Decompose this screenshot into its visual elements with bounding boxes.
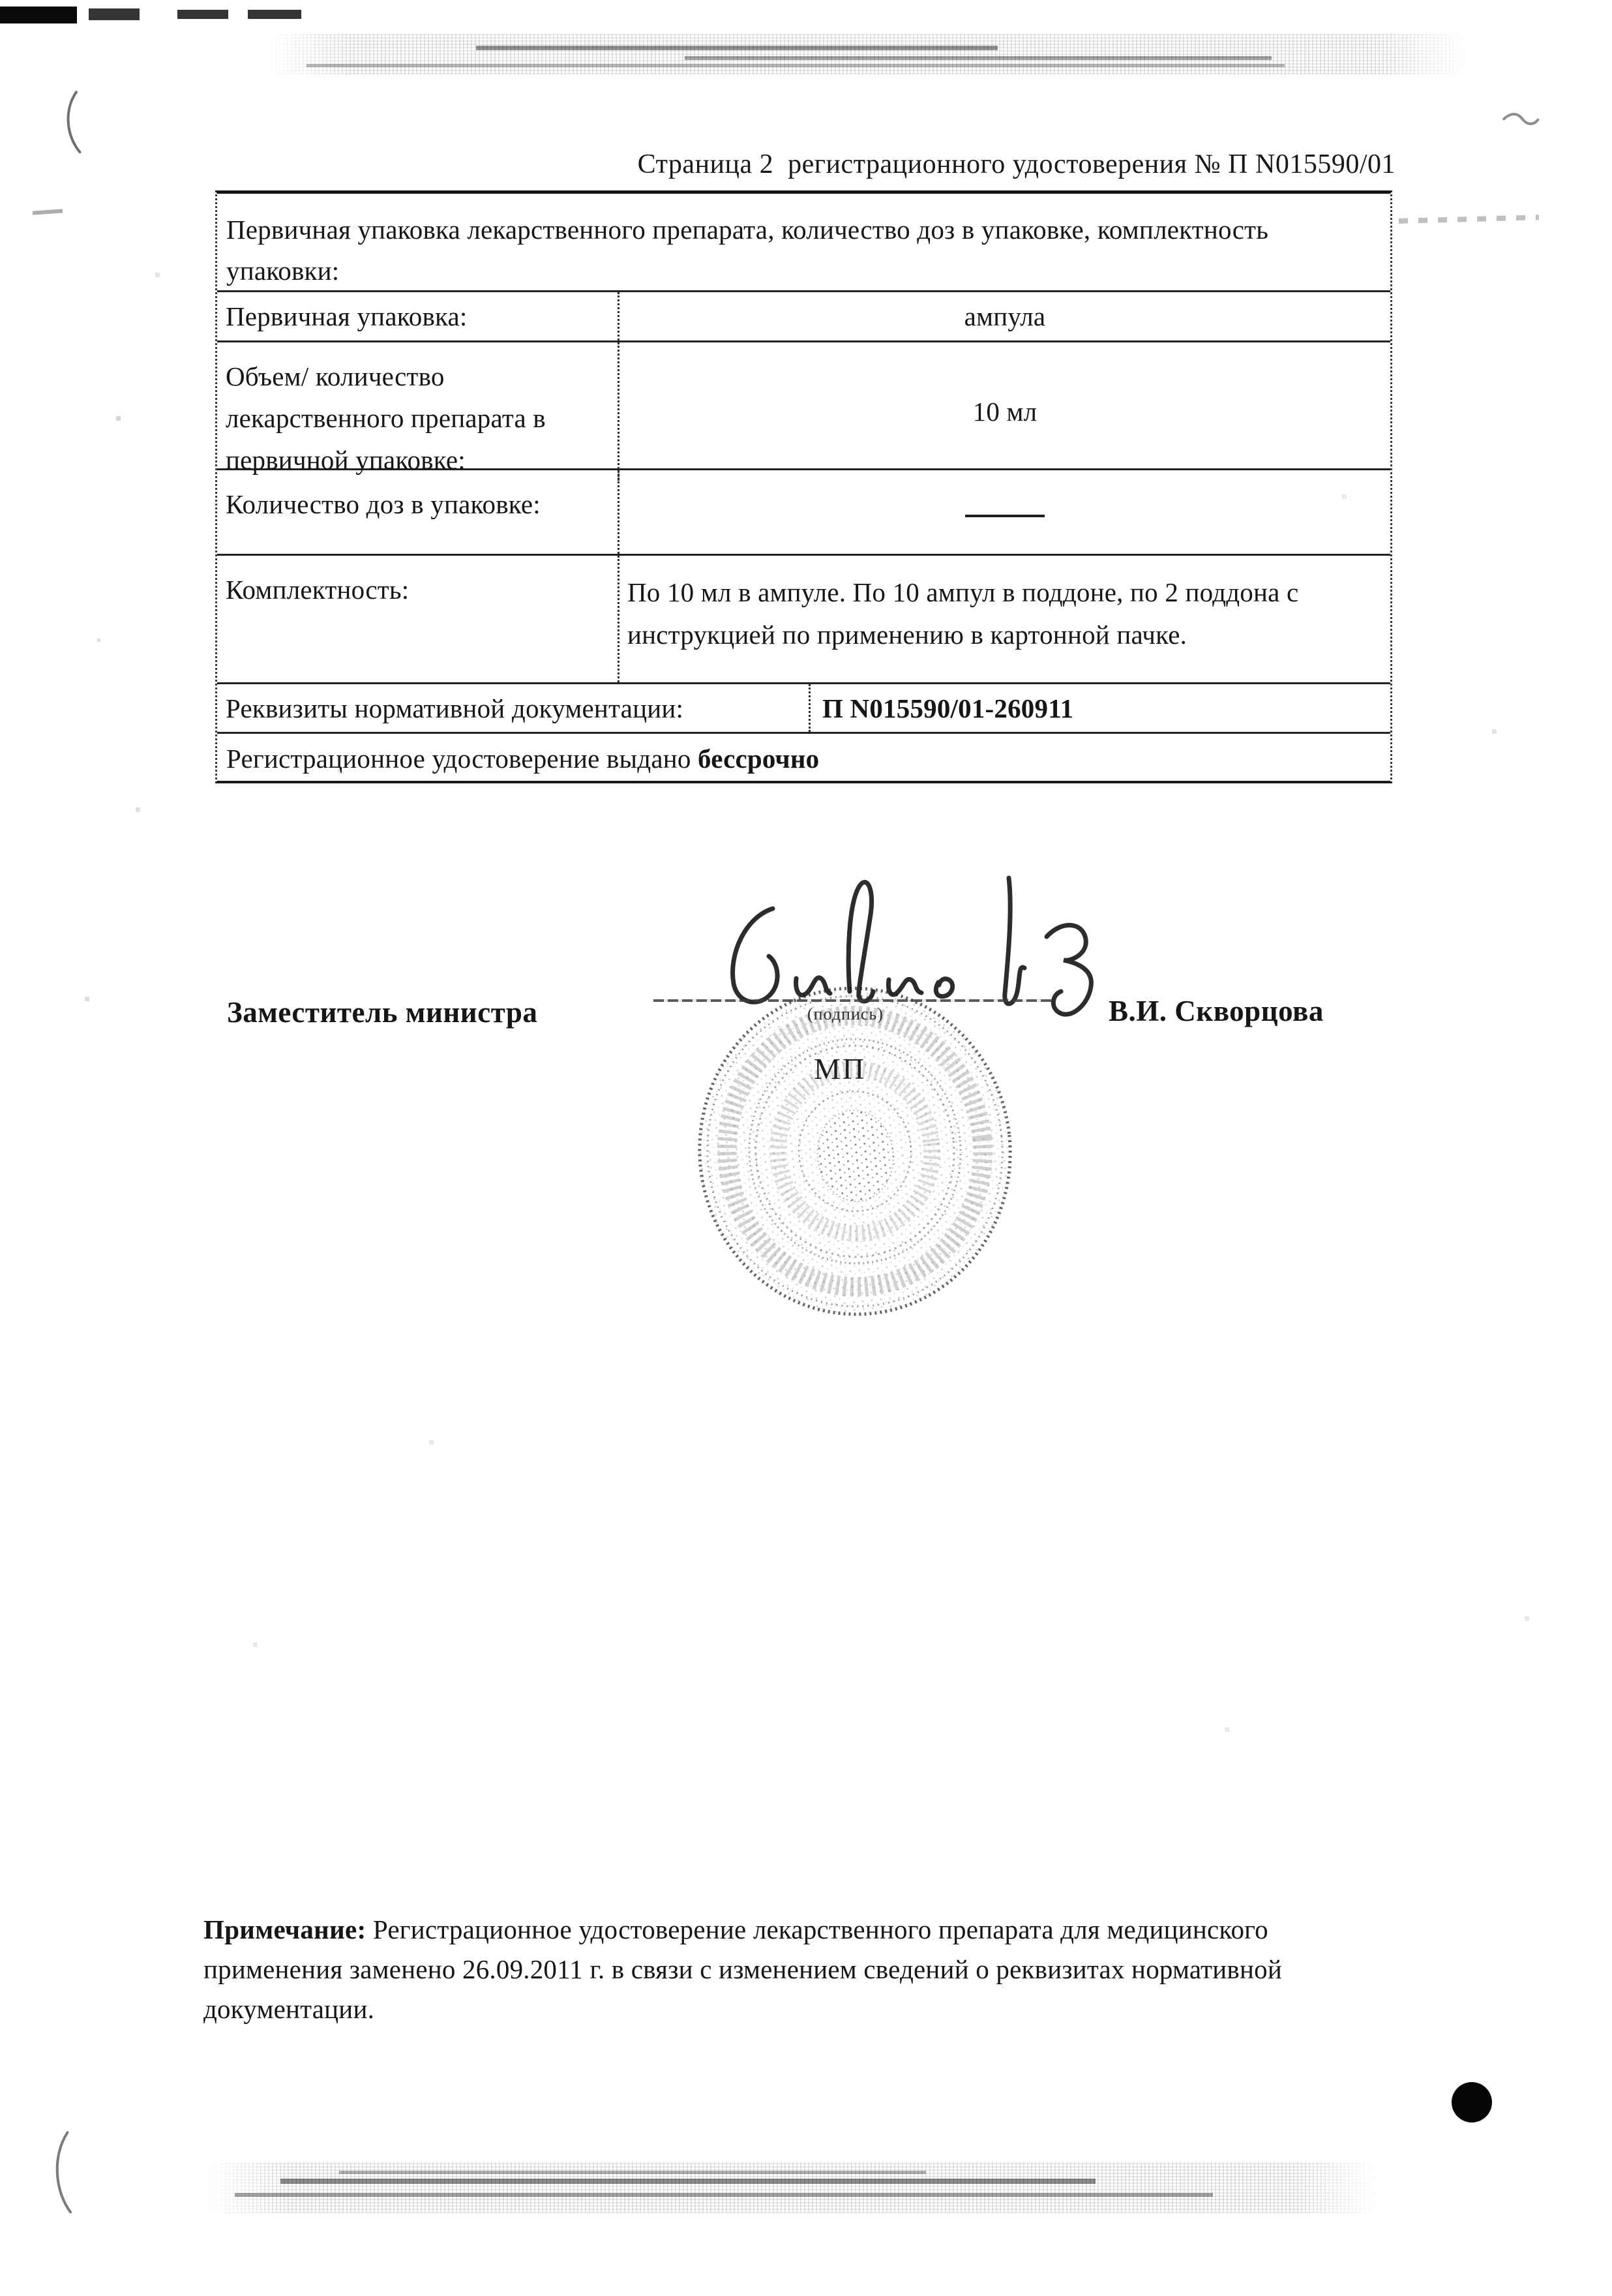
note-block: Примечание: Регистрационное удостоверени… [203,1910,1514,2029]
row-label: Реквизиты нормативной документации: [217,684,811,732]
table-row: Комплектность: По 10 мл в ампуле. По 10 … [217,554,1390,682]
note-text: Регистрационное удостоверение лекарствен… [366,1914,1268,1944]
row-label: Комплектность: [217,556,619,682]
signer-name: В.И. Скворцова [1109,994,1324,1028]
empty-value-dash [965,515,1045,517]
scanner-streak [339,2171,926,2174]
row-value: 10 мл [619,342,1390,481]
pen-paren-mark [45,2130,80,2220]
signature-caption: (подпись) [807,1004,884,1024]
row-value: ампула [619,292,1390,340]
signer-position-label: Заместитель министра [227,995,537,1029]
pen-dash-mark [33,209,63,215]
page-title: Страница 2 регистрационного удостоверени… [215,149,1396,180]
table-row: Количество доз в упаковке: [217,468,1390,554]
row-label: Первичная упаковка: [217,292,619,340]
scanner-black-bar [0,7,77,23]
row-value-empty [619,470,1390,554]
row-value: П N015590/01-260911 [811,684,1390,732]
scanner-noise-band-bottom [205,2162,1379,2213]
scanner-streak [235,2193,1213,2197]
note-label: Примечание: [203,1914,366,1944]
scanner-specks [0,0,2,2]
table-row: Объем/ количество лекарственного препара… [217,340,1390,468]
scanner-bar-dash [177,10,228,19]
note-line: документации. [203,1989,1514,2029]
table-row: Реквизиты нормативной документации: П N0… [217,682,1390,732]
row-label: Объем/ количество лекарственного препара… [217,342,619,481]
black-dot-mark [1452,2082,1492,2122]
footer-text: Регистрационное удостоверение выдано [226,744,698,774]
row-label: Количество доз в упаковке: [217,470,619,554]
scanner-streak [306,64,1285,67]
scanned-document-page: Страница 2 регистрационного удостоверени… [0,0,1612,2296]
pen-tilde-mark [1500,107,1542,135]
scanner-streak [685,56,1272,60]
table-header-text: Первичная упаковка лекарственного препар… [226,215,1268,286]
note-line: применения заменено 26.09.2011 г. в связ… [203,1950,1514,1989]
handwritten-signature [714,860,1118,1039]
signature-line [653,999,1052,1002]
scanner-bar-dash [248,10,301,19]
scanner-noise-band-top [267,34,1467,74]
packaging-table: Первичная упаковка лекарственного препар… [215,190,1392,783]
scanner-bar-dash [89,8,140,20]
row-value: По 10 мл в ампуле. По 10 ампул в поддоне… [619,556,1390,682]
table-header-row: Первичная упаковка лекарственного препар… [217,194,1390,290]
scanner-streak [280,2179,1096,2184]
footer-text-bold: бессрочно [698,744,819,774]
table-footer-row: Регистрационное удостоверение выдано бес… [217,732,1390,781]
pen-paren-mark [57,89,90,160]
seal-place-label: МП [814,1051,866,1086]
note-line: Примечание: Регистрационное удостоверени… [203,1910,1514,1950]
scanner-streak [476,46,998,50]
table-row: Первичная упаковка: ампула [217,290,1390,340]
scanner-smudge [1399,215,1539,224]
